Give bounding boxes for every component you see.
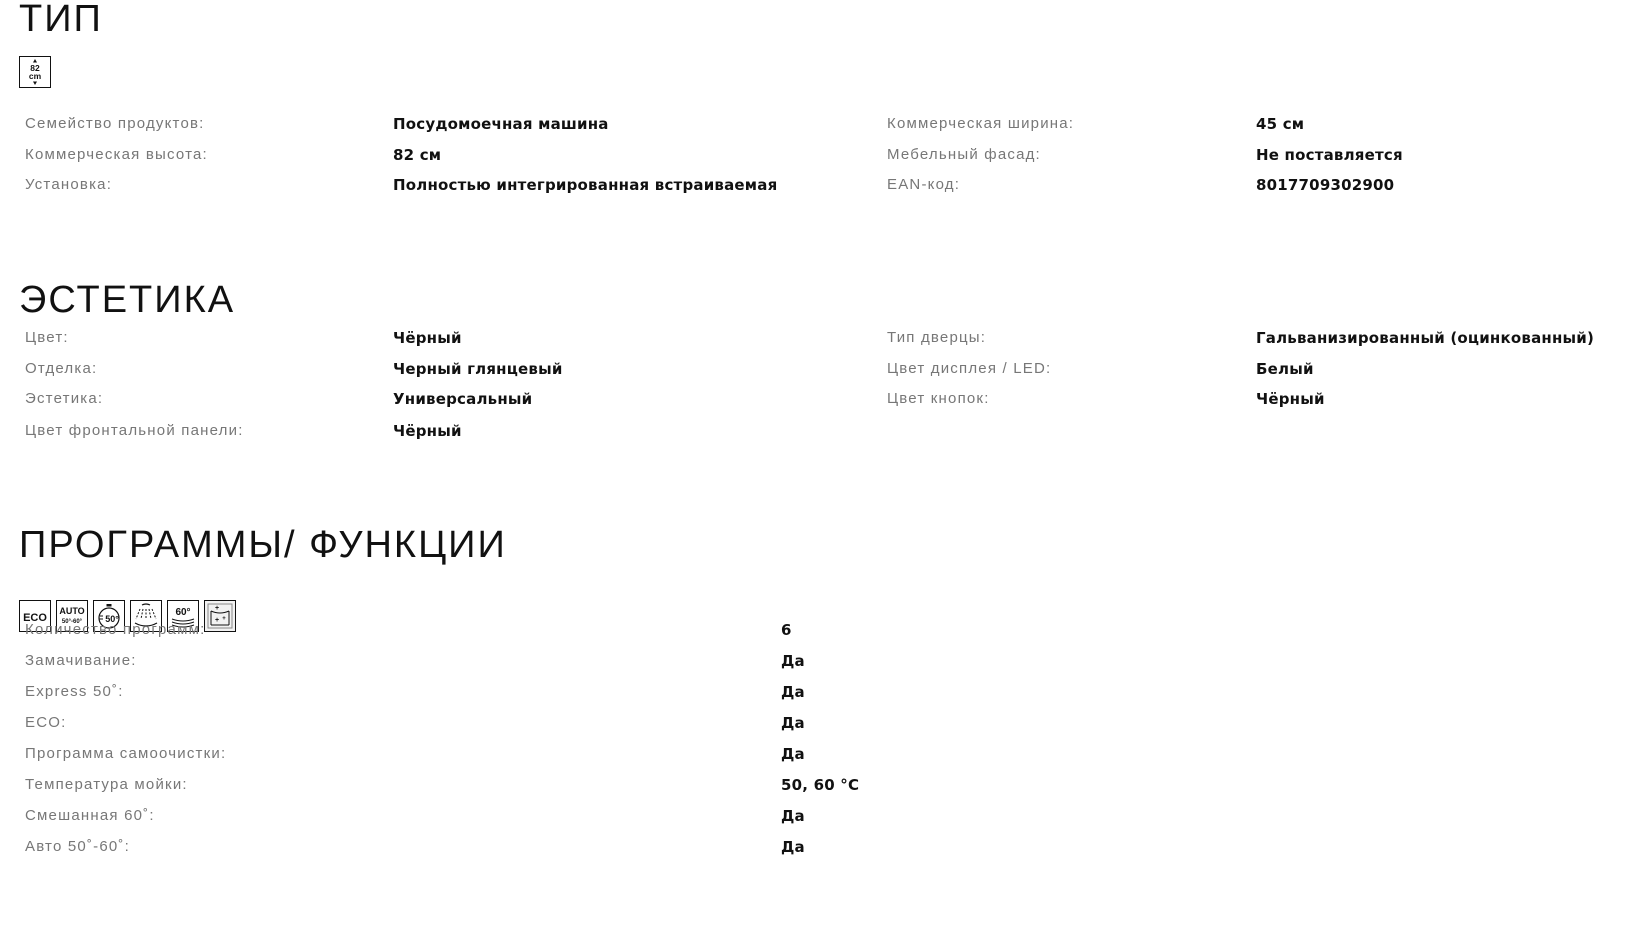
spec-label: Цвет кнопок: <box>887 390 990 407</box>
spec-value: Гальванизированный (оцинкованный) <box>1256 329 1594 347</box>
spec-value: 6 <box>781 621 792 639</box>
spec-value: 8017709302900 <box>1256 176 1394 194</box>
spec-value: Не поставляется <box>1256 146 1403 164</box>
spec-label: Коммерческая высота: <box>25 146 208 163</box>
spec-label: Программа самоочистки: <box>25 745 226 762</box>
spec-label: ECO: <box>25 714 66 731</box>
spec-label: Количество программ: <box>25 621 205 638</box>
spec-value: Да <box>781 838 805 856</box>
spec-label: Express 50˚: <box>25 683 124 700</box>
spec-value: 50, 60 °C <box>781 776 859 794</box>
spec-value: Посудомоечная машина <box>393 115 609 133</box>
spec-label: Цвет дисплея / LED: <box>887 360 1051 377</box>
svg-text:60°: 60° <box>175 607 190 618</box>
svg-text:+: + <box>215 617 219 624</box>
spec-value: Белый <box>1256 360 1314 378</box>
section-title-aesthetics: ЭСТЕТИКА <box>19 281 235 319</box>
spec-value: Чёрный <box>1256 390 1325 408</box>
svg-text:AUTO: AUTO <box>59 606 84 616</box>
spec-value: Полностью интегрированная встраиваемая <box>393 176 777 194</box>
section-title-type: ТИП <box>19 0 103 38</box>
spec-value: Черный глянцевый <box>393 360 563 378</box>
spec-value: Чёрный <box>393 329 462 347</box>
spec-value: 45 см <box>1256 115 1304 133</box>
spec-label: Температура мойки: <box>25 776 188 793</box>
spec-label: Семейство продуктов: <box>25 115 205 132</box>
spec-value: Да <box>781 745 805 763</box>
spec-label: Мебельный фасад: <box>887 146 1041 163</box>
spec-label: Авто 50˚-60˚: <box>25 838 130 855</box>
height-82cm-icon: 82 cm <box>19 56 51 88</box>
spec-label: Отделка: <box>25 360 97 377</box>
spec-label: Эстетика: <box>25 390 103 407</box>
spec-label: Коммерческая ширина: <box>887 115 1074 132</box>
spec-label: Тип дверцы: <box>887 329 986 346</box>
svg-text:cm: cm <box>29 71 42 81</box>
spec-value: Да <box>781 714 805 732</box>
spec-value: Да <box>781 652 805 670</box>
spec-label: Замачивание: <box>25 652 137 669</box>
self-clean-icon: + + + <box>204 600 236 632</box>
spec-label: EAN-код: <box>887 176 960 193</box>
spec-label: Смешанная 60˚: <box>25 807 155 824</box>
spec-label: Цвет: <box>25 329 69 346</box>
spec-label: Установка: <box>25 176 112 193</box>
spec-label: Цвет фронтальной панели: <box>25 422 244 439</box>
spec-value: Универсальный <box>393 390 532 408</box>
svg-text:+: + <box>215 605 219 612</box>
section-title-programs: ПРОГРАММЫ/ ФУНКЦИИ <box>19 526 507 564</box>
spec-value: Чёрный <box>393 422 462 440</box>
spec-value: Да <box>781 807 805 825</box>
spec-value: 82 см <box>393 146 441 164</box>
svg-text:+: + <box>222 616 226 622</box>
spec-value: Да <box>781 683 805 701</box>
type-icons: 82 cm <box>19 56 51 88</box>
